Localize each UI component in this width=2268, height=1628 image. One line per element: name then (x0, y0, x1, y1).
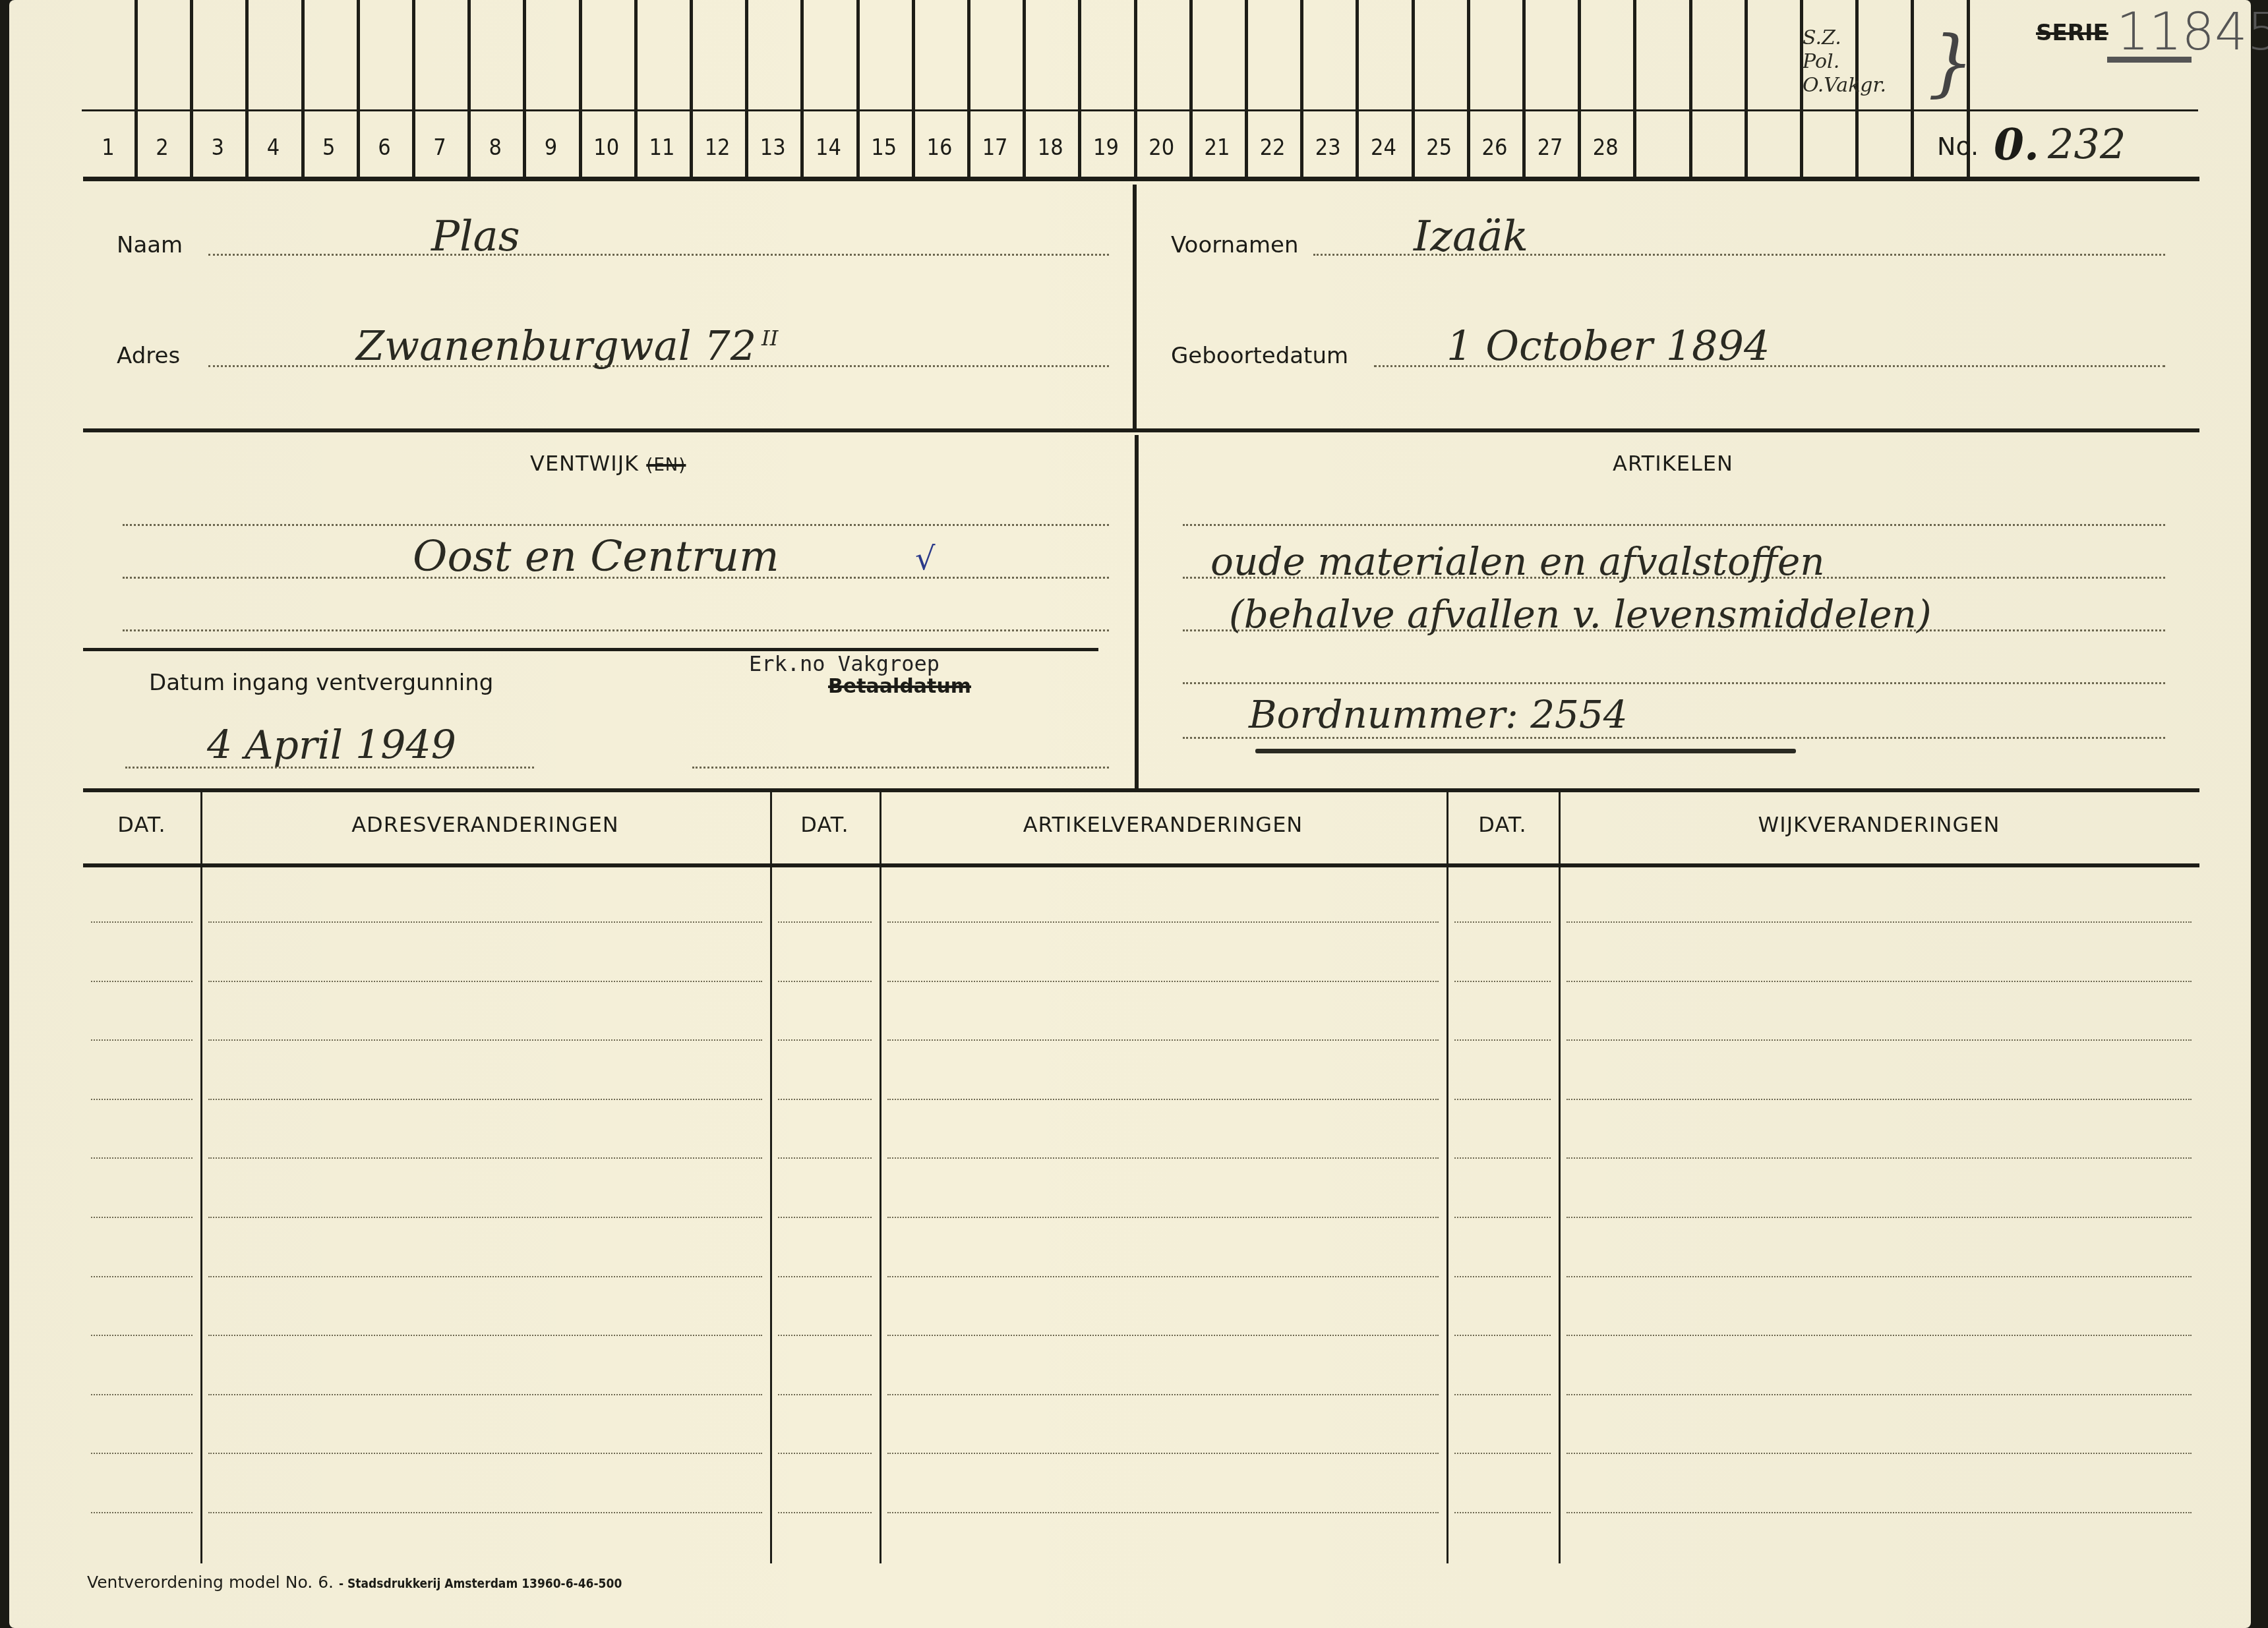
voornamen-value[interactable]: Izaäk (1414, 212, 1528, 261)
day-column-9[interactable]: 9 (523, 117, 578, 178)
day-column-1[interactable]: 1 (82, 117, 134, 178)
table-cell-line[interactable] (208, 1512, 762, 1513)
margin-note-sz: S.Z. (1803, 26, 1886, 50)
table-header-dat-2: DAT. (770, 812, 880, 837)
day-column-28[interactable]: 28 (1578, 117, 1633, 178)
table-cell-line[interactable] (778, 1394, 872, 1395)
table-cell-line[interactable] (1454, 1512, 1551, 1513)
table-cell-line[interactable] (91, 1157, 193, 1159)
naam-value[interactable]: Plas (431, 212, 520, 261)
table-cell-line[interactable] (208, 1217, 762, 1218)
geboortedatum-label: Geboortedatum (1171, 343, 1348, 369)
table-cell-line[interactable] (1454, 1276, 1551, 1277)
table-cell-line[interactable] (1454, 1099, 1551, 1100)
table-cell-line[interactable] (778, 981, 872, 982)
day-grid-divider (1689, 0, 1692, 179)
table-column-divider (1559, 792, 1561, 1563)
datum-ingang-label: Datum ingang ventvergunning (149, 670, 493, 696)
ventwijk-line-3 (123, 629, 1109, 631)
table-cell-line[interactable] (1567, 1512, 2192, 1513)
table-cell-line[interactable] (1454, 1217, 1551, 1218)
personal-bottom-rule (83, 428, 2199, 432)
day-column-20[interactable]: 20 (1134, 117, 1189, 178)
table-cell-line[interactable] (887, 1335, 1439, 1336)
table-header-wijkveranderingen-5: WIJKVERANDERINGEN (1559, 812, 2199, 837)
table-cell-line[interactable] (1567, 981, 2192, 982)
day-column-27[interactable]: 27 (1522, 117, 1578, 178)
table-header-dat-0: DAT. (83, 812, 200, 837)
personal-center-divider (1133, 185, 1137, 430)
table-cell-line[interactable] (91, 921, 193, 923)
footer-model: Ventverordening model No. 6. (87, 1573, 334, 1592)
table-cell-line[interactable] (887, 1099, 1439, 1100)
naam-label: Naam (117, 232, 183, 258)
day-column-10[interactable]: 10 (579, 117, 634, 178)
bordnummer-underline (1255, 749, 1796, 753)
ventwijk-line-1 (123, 524, 1109, 526)
table-cell-line[interactable] (1567, 1394, 2192, 1395)
table-cell-line[interactable] (887, 1157, 1439, 1159)
footer: Ventverordening model No. 6. - Stadsdruk… (87, 1573, 622, 1592)
day-column-14[interactable]: 14 (800, 117, 856, 178)
table-cell-line[interactable] (1567, 1335, 2192, 1336)
table-cell-line[interactable] (887, 981, 1439, 982)
table-top-rule (83, 788, 2199, 792)
margin-note-ovakgr: O.Vakgr. (1803, 74, 1886, 98)
table-header-artikelveranderingen-3: ARTIKELVERANDERINGEN (880, 812, 1447, 837)
voornamen-label: Voornamen (1171, 232, 1299, 258)
serie-value: 11845 (2116, 3, 2268, 62)
table-cell-line[interactable] (91, 1039, 193, 1041)
day-column-26[interactable]: 26 (1467, 117, 1522, 178)
table-cell-line[interactable] (208, 1099, 762, 1100)
day-grid-top-rule (82, 109, 2198, 111)
table-cell-line[interactable] (1454, 1039, 1551, 1041)
day-grid-divider (1911, 0, 1914, 179)
table-cell-line[interactable] (208, 1157, 762, 1159)
table-cell-line[interactable] (1454, 981, 1551, 982)
table-cell-line[interactable] (887, 1217, 1439, 1218)
table-column-divider (1447, 792, 1448, 1563)
table-cell-line[interactable] (887, 921, 1439, 923)
day-column-22[interactable]: 22 (1245, 117, 1300, 178)
table-cell-line[interactable] (778, 1276, 872, 1277)
table-cell-line[interactable] (778, 1039, 872, 1041)
table-cell-line[interactable] (887, 1276, 1439, 1277)
table-cell-line[interactable] (208, 1039, 762, 1041)
table-cell-line[interactable] (91, 1453, 193, 1454)
check-mark-icon: √ (915, 540, 936, 577)
table-cell-line[interactable] (1454, 1335, 1551, 1336)
adres-floor: II (761, 326, 778, 351)
day-column-17[interactable]: 17 (967, 117, 1023, 178)
day-column-2[interactable]: 2 (134, 117, 190, 178)
table-cell-line[interactable] (208, 1335, 762, 1336)
table-cell-line[interactable] (778, 1157, 872, 1159)
table-cell-line[interactable] (778, 1335, 872, 1336)
day-column-16[interactable]: 16 (912, 117, 967, 178)
table-cell-line[interactable] (887, 1512, 1439, 1513)
table-cell-line[interactable] (778, 1512, 872, 1513)
ventwijk-title-struck: (EN) (646, 455, 686, 475)
table-header-adresveranderingen-1: ADRESVERANDERINGEN (200, 812, 770, 837)
table-header-dat-4: DAT. (1447, 812, 1559, 837)
artikelen-title: ARTIKELEN (1613, 451, 1733, 476)
day-column-18[interactable]: 18 (1023, 117, 1078, 178)
card-number-label: No. (1937, 132, 1979, 161)
table-cell-line[interactable] (887, 1039, 1439, 1041)
naam-field-line (208, 254, 1109, 256)
table-cell-line[interactable] (208, 921, 762, 923)
table-cell-line[interactable] (1567, 1217, 2192, 1218)
day-column-8[interactable]: 8 (467, 117, 523, 178)
table-cell-line[interactable] (1454, 921, 1551, 923)
artikelen-line-1-value[interactable]: oude materialen en afvalstoffen (1210, 539, 1825, 584)
table-cell-line[interactable] (91, 1512, 193, 1513)
table-column-divider (770, 792, 772, 1563)
erk-vakgroep-handwritten: Erk.no Vakgroep (749, 651, 940, 676)
table-cell-line[interactable] (778, 1099, 872, 1100)
table-cell-line[interactable] (887, 1453, 1439, 1454)
table-cell-line[interactable] (91, 1276, 193, 1277)
ventwijk-title: VENTWIJK (EN) (530, 451, 686, 476)
ventwijk-title-text: VENTWIJK (530, 451, 639, 476)
day-column-21[interactable]: 21 (1189, 117, 1245, 178)
table-cell-line[interactable] (778, 1217, 872, 1218)
table-cell-line[interactable] (1567, 1099, 2192, 1100)
adres-label: Adres (117, 343, 180, 369)
vendor-registration-card: 1234567891011121314151617181920212223242… (9, 0, 2251, 1628)
table-cell-line[interactable] (208, 1453, 762, 1454)
day-grid-divider (1745, 0, 1748, 179)
card-number-prefix: 0. (1994, 119, 2039, 170)
serie-label: SERIE (2036, 20, 2108, 46)
table-cell-line[interactable] (91, 1099, 193, 1100)
artikelen-line-4 (1183, 682, 2165, 684)
table-cell-line[interactable] (1567, 1276, 2192, 1277)
adres-street: Zwanenburgwal 72 (356, 322, 756, 370)
day-column-4[interactable]: 4 (245, 117, 301, 178)
table-cell-line[interactable] (1454, 1157, 1551, 1159)
table-cell-line[interactable] (778, 1453, 872, 1454)
margin-note: S.Z. Pol. O.Vakgr. (1803, 26, 1886, 98)
table-cell-line[interactable] (1567, 1453, 2192, 1454)
table-column-divider (880, 792, 881, 1563)
table-header-bottom-rule (83, 863, 2199, 867)
table-cell-line[interactable] (1454, 1394, 1551, 1395)
table-cell-line[interactable] (208, 981, 762, 982)
bordnummer-value[interactable]: Bordnummer: 2554 (1249, 692, 1628, 737)
table-cell-line[interactable] (1567, 1039, 2192, 1041)
day-column-6[interactable]: 6 (357, 117, 412, 178)
table-cell-line[interactable] (91, 1335, 193, 1336)
geboortedatum-value[interactable]: 1 October 1894 (1447, 322, 1770, 370)
table-cell-line[interactable] (1454, 1453, 1551, 1454)
day-column-24[interactable]: 24 (1356, 117, 1411, 178)
betaaldatum-struck-label: Betaaldatum (828, 675, 971, 698)
ventwijk-bottom-rule (83, 648, 1098, 651)
serie-underline (2107, 57, 2192, 63)
table-cell-line[interactable] (1567, 1157, 2192, 1159)
betaaldatum-field-line (692, 767, 1109, 769)
margin-note-brace: } (1928, 26, 1974, 99)
table-cell-line[interactable] (91, 981, 193, 982)
margin-note-pol: Pol. (1803, 50, 1886, 74)
day-column-11[interactable]: 11 (634, 117, 690, 178)
day-column-19[interactable]: 19 (1078, 117, 1133, 178)
day-column-15[interactable]: 15 (856, 117, 912, 178)
ventwijk-value[interactable]: Oost en Centrum (413, 533, 779, 581)
table-cell-line[interactable] (208, 1276, 762, 1277)
day-grid-divider (1633, 0, 1636, 179)
table-cell-line[interactable] (91, 1394, 193, 1395)
table-column-divider (200, 792, 202, 1563)
card-number-value: 232 (2048, 120, 2126, 168)
datum-ingang-value[interactable]: 4 April 1949 (207, 722, 456, 769)
day-column-7[interactable]: 7 (412, 117, 467, 178)
table-cell-line[interactable] (1567, 921, 2192, 923)
table-cell-line[interactable] (208, 1394, 762, 1395)
footer-printer: - Stadsdrukkerij Amsterdam 13960-6-46-50… (339, 1577, 622, 1591)
artikelen-line-2-value[interactable]: (behalve afvallen v. levensmiddelen) (1229, 592, 1932, 637)
table-cell-line[interactable] (887, 1394, 1439, 1395)
day-column-5[interactable]: 5 (301, 117, 357, 178)
day-column-25[interactable]: 25 (1412, 117, 1467, 178)
table-cell-line[interactable] (91, 1217, 193, 1218)
day-column-13[interactable]: 13 (745, 117, 800, 178)
day-column-23[interactable]: 23 (1300, 117, 1356, 178)
artikelen-line-5 (1183, 737, 2165, 739)
adres-value[interactable]: Zwanenburgwal 72II (356, 322, 778, 370)
artikelen-line-1 (1183, 524, 2165, 526)
day-column-3[interactable]: 3 (190, 117, 245, 178)
day-column-12[interactable]: 12 (690, 117, 745, 178)
ventwijk-center-divider (1135, 435, 1139, 788)
table-cell-line[interactable] (778, 921, 872, 923)
